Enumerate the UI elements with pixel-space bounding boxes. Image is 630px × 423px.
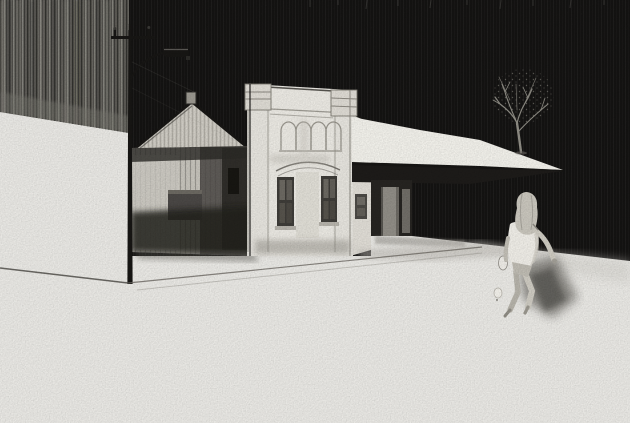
artwork-canvas <box>0 0 630 423</box>
artwork-page <box>0 0 630 423</box>
